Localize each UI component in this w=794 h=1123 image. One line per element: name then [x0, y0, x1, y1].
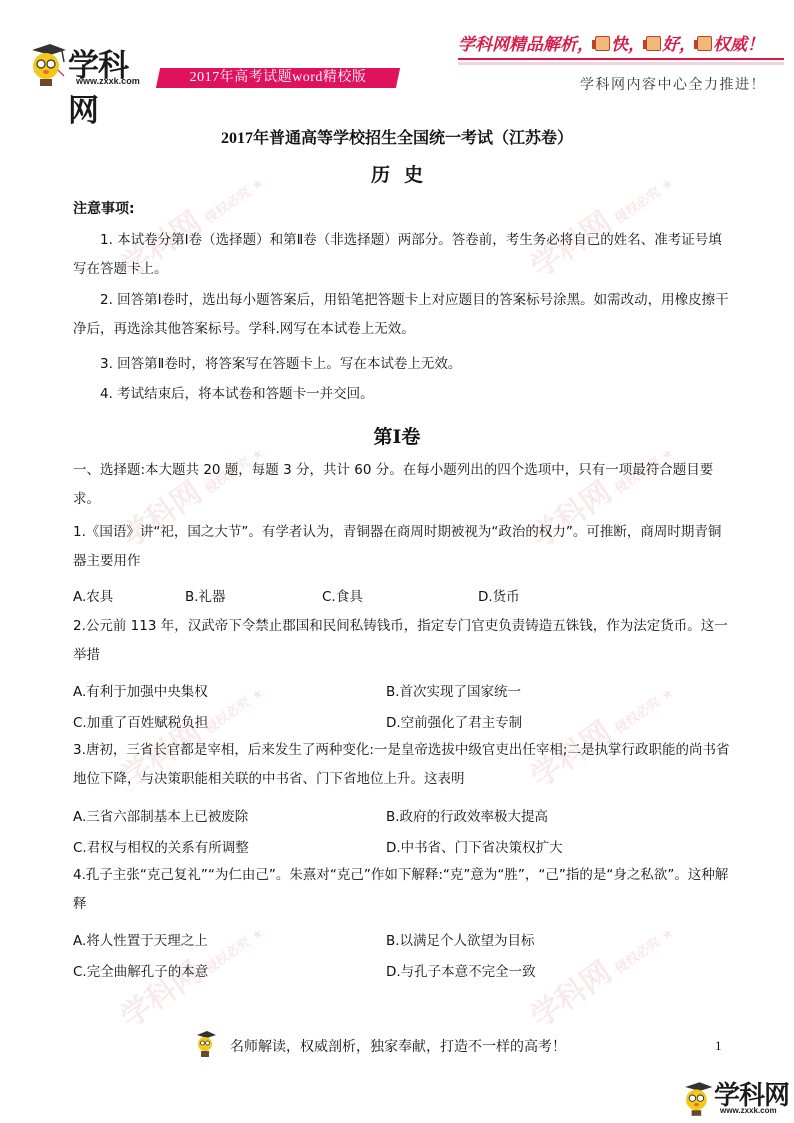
option-b: B.首次实现了国家统一: [386, 680, 521, 700]
option-a: A.有利于加强中央集权: [73, 680, 208, 700]
notice-item: 1. 本试卷分第Ⅰ卷（选择题）和第Ⅱ卷（非选择题）两部分。答卷前，考生务必将自己…: [73, 226, 733, 284]
question-stem: 1.《国语》讲“祀，国之大节”。有学者认为，青铜器在商周时期被视为“政治的权力”…: [73, 518, 733, 576]
notice-heading: 注意事项:: [73, 198, 135, 218]
footer-logo[interactable]: 学科网 www.zxxk.com: [682, 1075, 792, 1120]
watermark-side: 侵权必究 ★: [612, 685, 676, 736]
header-slogan: 学科网精品解析，快，好，权威！: [458, 30, 780, 55]
subject-title: 历史: [0, 160, 794, 187]
slogan-part: 快，: [611, 35, 645, 54]
logo-url: www.zxxk.com: [720, 1106, 777, 1115]
question-stem: 3.唐初，三省长官都是宰相，后来发生了两种变化:一是皇帝选拔中级官吏出任宰相;二…: [73, 736, 733, 794]
slogan-part: 权威！: [713, 35, 764, 54]
page-number: 1: [715, 1038, 722, 1054]
question-stem: 4.孔子主张“克己复礼”“为仁由己”。朱熹对“克己”作如下解释:“克”意为“胜”…: [73, 861, 733, 919]
option-c: C.君权与相权的关系有所调整: [73, 836, 249, 856]
option-d: D.与孔子本意不完全一致: [386, 960, 536, 980]
exam-title: 2017年普通高等学校招生全国统一考试（江苏卷）: [0, 125, 794, 148]
site-logo[interactable]: 学科网 www.zxxk.com: [28, 38, 148, 90]
mascot-icon: [28, 42, 68, 88]
notice-item: 2. 回答第Ⅰ卷时，选出每小题答案后，用铅笔把答题卡上对应题目的答案标号涂黑。如…: [73, 286, 733, 344]
option-b: B.以满足个人欲望为目标: [386, 929, 535, 949]
thumbs-up-icon: [646, 36, 661, 51]
edition-banner: 2017年高考试题word精校版: [156, 68, 400, 88]
option-c: C.加重了百姓赋税负担: [73, 711, 208, 731]
logo-url: www.zxxk.com: [76, 76, 140, 86]
option-c: C.食具: [322, 585, 363, 605]
option-a: A.将人性置于天理之上: [73, 929, 208, 949]
option-d: D.空前强化了君主专制: [386, 711, 522, 731]
mascot-icon: [682, 1079, 714, 1119]
section-title: 第Ⅰ卷: [0, 422, 794, 449]
option-b: B.礼器: [185, 585, 226, 605]
notice-item: 4. 考试结束后，将本试卷和答题卡一并交回。: [73, 380, 733, 409]
option-a: A.三省六部制基本上已被废除: [73, 805, 248, 825]
thumbs-up-icon: [595, 36, 610, 51]
option-d: D.货币: [478, 585, 520, 605]
option-a: A.农具: [73, 585, 113, 605]
notice-item: 3. 回答第Ⅱ卷时，将答案写在答题卡上。写在本试卷上无效。: [73, 350, 733, 379]
watermark-main: 学科网: [525, 955, 619, 1035]
slogan-part: 好，: [662, 35, 696, 54]
watermark-side: 侵权必究 ★: [612, 925, 676, 976]
slogan-part: 学科网精品解析，: [458, 35, 594, 54]
watermark-side: 侵权必究 ★: [202, 685, 266, 736]
option-b: B.政府的行政效率极大提高: [386, 805, 548, 825]
mascot-icon: [195, 1030, 217, 1058]
thumbs-up-icon: [697, 36, 712, 51]
slogan-underline: [458, 58, 784, 60]
question-stem: 2.公元前 113 年，汉武帝下令禁止郡国和民间私铸钱币，指定专门官吏负责铸造五…: [73, 612, 733, 670]
option-d: D.中书省、门下省决策权扩大: [386, 836, 563, 856]
watermark: 学科网侵权必究 ★: [520, 906, 680, 1036]
header-tagline: 学科网内容中心全力推进！: [580, 74, 766, 94]
footer-slogan: 名师解读，权威剖析，独家奉献，打造不一样的高考！: [230, 1036, 566, 1056]
option-c: C.完全曲解孔子的本意: [73, 960, 208, 980]
watermark-side: 侵权必究 ★: [202, 925, 266, 976]
section-intro: 一、选择题:本大题共 20 题，每题 3 分，共计 60 分。在每小题列出的四个…: [73, 456, 733, 514]
slogan-underline-shadow: [458, 62, 784, 65]
edition-banner-text: 2017年高考试题word精校版: [158, 68, 398, 88]
